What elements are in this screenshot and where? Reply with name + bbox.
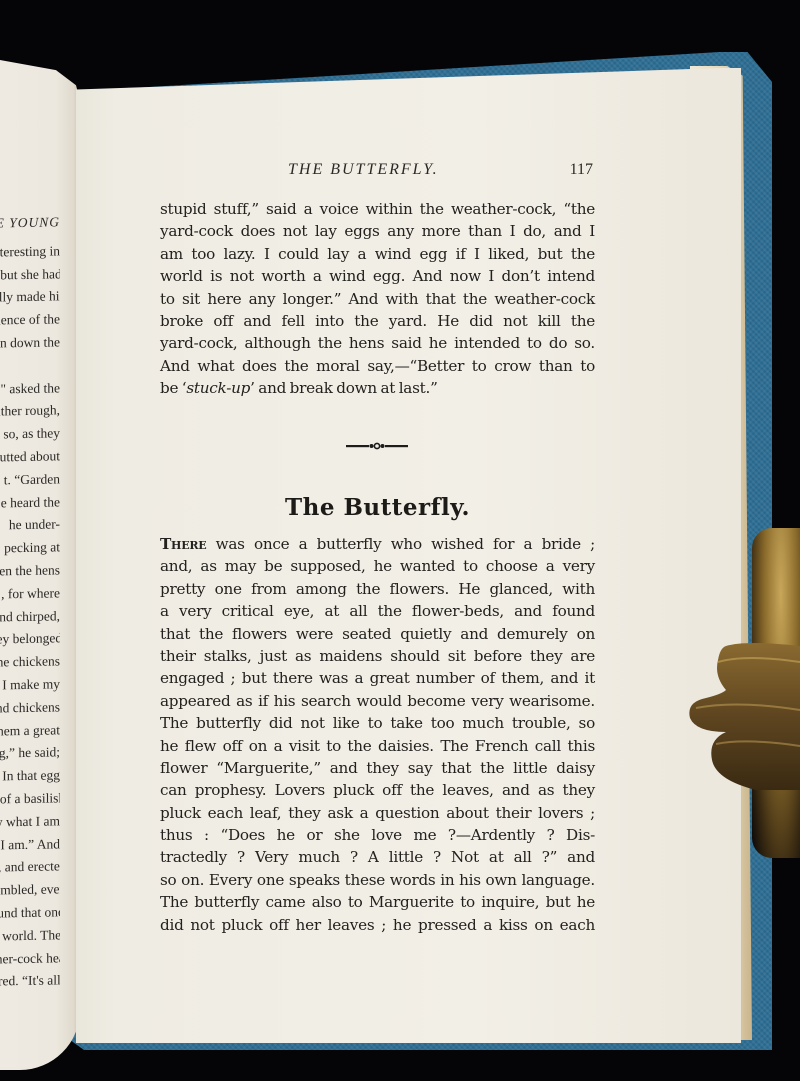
text-line: The butterfly did not like to take too m…	[160, 712, 595, 734]
paragraph-butterfly: There was once a butterfly who wished fo…	[160, 533, 595, 936]
text-line: thus : “Does he or she love me ?—Ardentl…	[160, 824, 595, 846]
left-page-line: he world. They	[0, 924, 60, 948]
text-line: yard-cock does not lay eggs any more tha…	[160, 220, 595, 242]
text-line: appeared as if his search would become v…	[160, 690, 595, 712]
italic-phrase: stuck-up	[186, 379, 250, 397]
text-fragment: be ‘	[160, 379, 186, 397]
left-page-line: ow what I am	[0, 810, 60, 834]
text-line: their stalks, just as maidens should sit…	[160, 645, 595, 667]
section-divider-ornament-icon	[346, 440, 408, 452]
text-line: did not pluck off her leaves ; he presse…	[160, 914, 595, 936]
left-page-line: e heard the	[0, 491, 60, 515]
text-line: The butterfly came also to Marguerite to…	[160, 891, 595, 913]
page-header: THE BUTTERFLY. 117	[160, 161, 593, 185]
text-line: pretty one from among the flowers. He gl…	[160, 578, 595, 600]
left-page-line: gg,” he said;	[0, 742, 60, 766]
page-number: 117	[570, 161, 593, 179]
text-line: world is not worth a wind egg. And now I…	[160, 265, 595, 287]
left-page-line: In that egg	[0, 764, 60, 788]
left-page-line: wn down the	[0, 331, 60, 355]
paragraph-weather-cock-ending: stupid stuff,” said a voice within the w…	[160, 198, 595, 400]
text-line: broke off and fell into the yard. He did…	[160, 310, 595, 332]
left-page: E YOUNG interesting init, but she hadnal…	[0, 60, 80, 1070]
left-page-line: he under-	[0, 514, 60, 538]
left-page-line: , for where	[0, 582, 60, 606]
left-page-line: y so, as they	[0, 423, 60, 447]
left-page-line: round that one of	[0, 901, 60, 925]
text-line: so on. Every one speaks these words in h…	[160, 869, 595, 891]
text-line: engaged ; but there was a great number o…	[160, 667, 595, 689]
left-page-line: trutted about	[0, 445, 60, 469]
left-page-line: nally made his	[0, 286, 60, 310]
left-page-line: pecking at	[0, 537, 60, 561]
left-page-line: t. “Garden	[0, 468, 60, 492]
left-page-text: E YOUNG interesting init, but she hadnal…	[0, 211, 60, 993]
left-page-line: ?" asked the	[0, 377, 60, 401]
running-head: THE BUTTERFLY.	[288, 161, 439, 179]
left-page-line: interesting in	[0, 240, 60, 264]
opening-word: There	[160, 535, 206, 553]
left-page-line: they belonged	[0, 628, 60, 652]
text-fragment: ’ and break down at last.”	[250, 379, 437, 397]
left-page-line: them a great	[0, 719, 60, 743]
text-line: that the flowers were seated quietly and…	[160, 623, 595, 645]
left-page-line: d I am.” And	[0, 833, 60, 857]
left-page-line: if I make my	[0, 673, 60, 697]
left-page-line: rather rough,	[0, 400, 60, 424]
left-page-line: en the hens	[0, 559, 60, 583]
text-line: pluck each leaf, they ask a question abo…	[160, 802, 595, 824]
left-page-line: gs, and erected	[0, 856, 60, 880]
text-line: flower “Marguerite,” and they say that t…	[160, 757, 595, 779]
left-page-line: “the chickens	[0, 650, 60, 674]
left-page-line: iolence of the	[0, 309, 60, 333]
left-page-line: ather-cock heard	[0, 947, 60, 971]
chapter-title: The Butterfly.	[160, 494, 595, 521]
text-line: There was once a butterfly who wished fo…	[160, 533, 595, 555]
text-line: he flew off on a visit to the daisies. T…	[160, 735, 595, 757]
text-line: a very critical eye, at all the flower-b…	[160, 600, 595, 622]
left-page-line: tirred. “It's all	[0, 970, 60, 994]
left-page-line: and chickens	[0, 696, 60, 720]
text-line: yard-cock, although the hens said he int…	[160, 332, 595, 354]
left-page-line: and chirped,	[0, 605, 60, 629]
left-page-line: ht of a basilisk.	[0, 787, 60, 811]
text-line: and, as may be supposed, he wanted to ch…	[160, 555, 595, 577]
left-running-head: E YOUNG	[0, 211, 60, 235]
text-fragment: was once a butterfly who wished for a br…	[206, 535, 595, 553]
left-page-line	[0, 354, 60, 378]
left-page-line: trembled, even	[0, 878, 60, 902]
text-line: And what does the moral say,—“Better to …	[160, 355, 595, 377]
text-line: be ‘stuck-up’ and break down at last.”	[160, 377, 595, 399]
text-line: to sit here any longer.” And with that t…	[160, 288, 595, 310]
left-page-line: it, but she had	[0, 263, 60, 287]
brass-bookend-hand	[686, 640, 800, 790]
text-line: stupid stuff,” said a voice within the w…	[160, 198, 595, 220]
text-line: am too lazy. I could lay a wind egg if I…	[160, 243, 595, 265]
text-line: can prophesy. Lovers pluck off the leave…	[160, 779, 595, 801]
text-line: tractedly ? Very much ? A little ? Not a…	[160, 846, 595, 868]
